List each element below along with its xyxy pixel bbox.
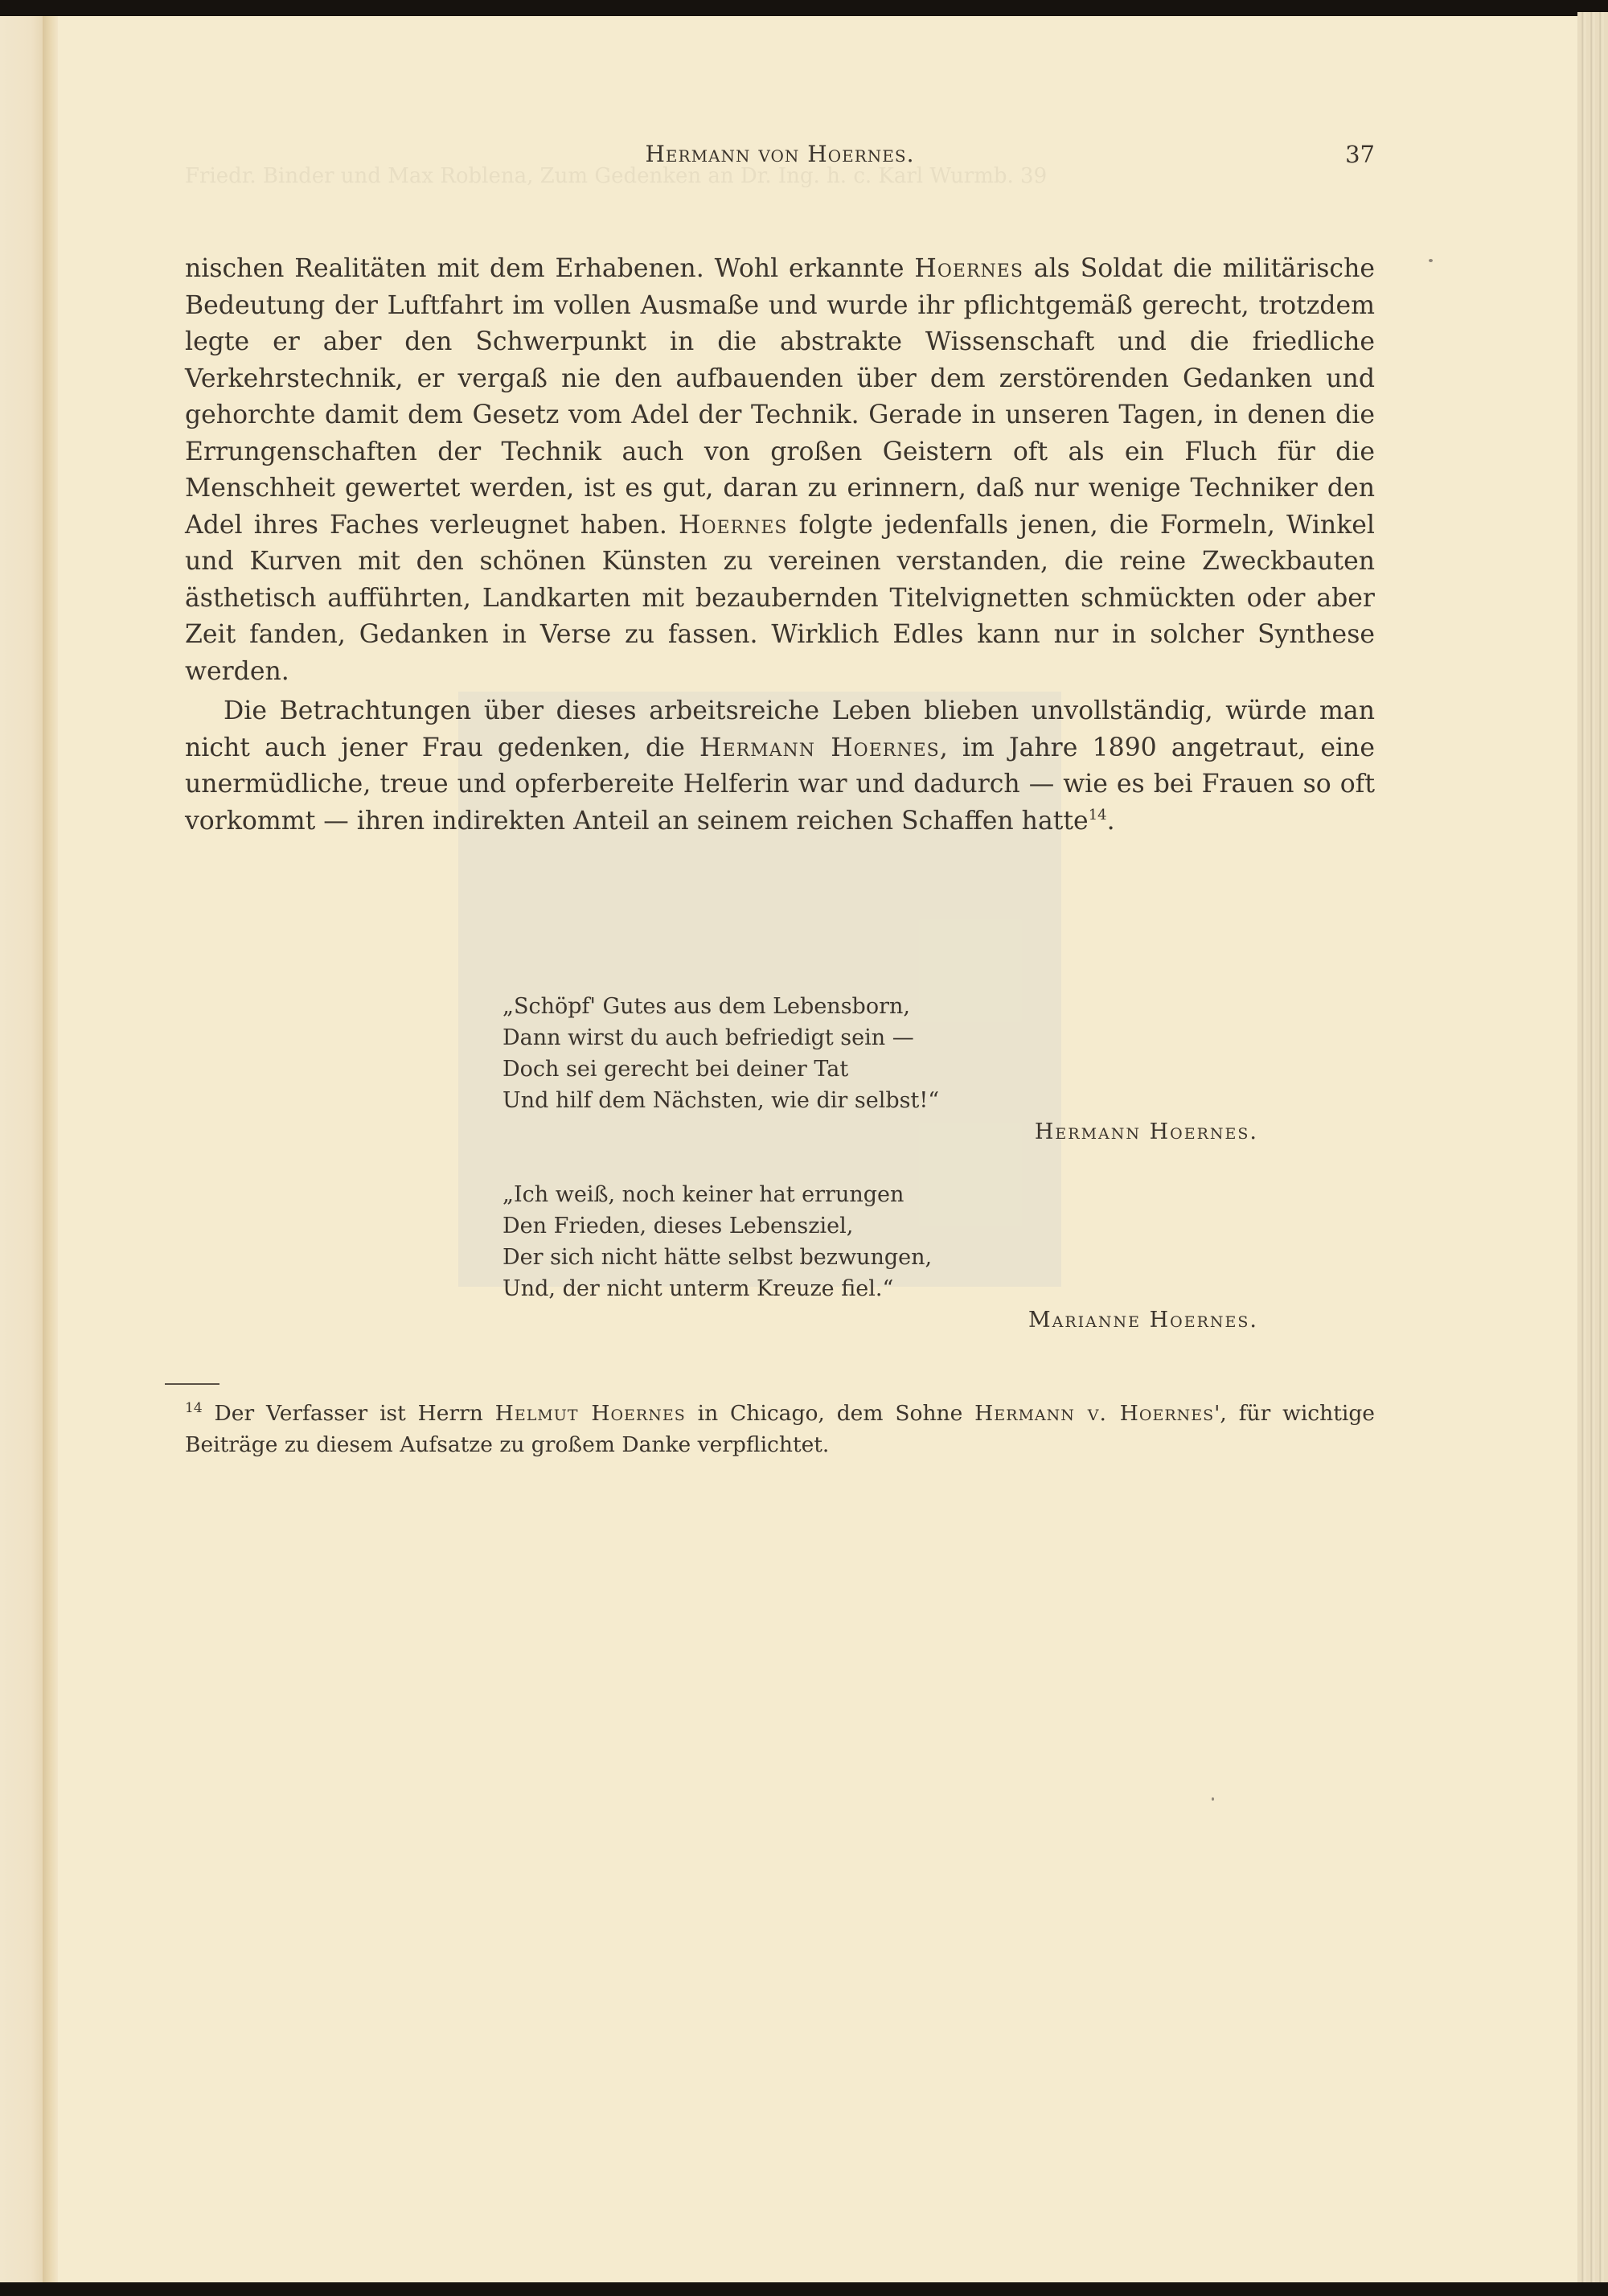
text-run: . xyxy=(1107,807,1115,836)
poem-line: Und, der nicht unterm Kreuze fiel.“ xyxy=(503,1273,1258,1304)
scan-bottom-border xyxy=(0,2282,1608,2296)
name-hoernes: Hoernes xyxy=(914,254,1023,283)
page-number: 37 xyxy=(1345,141,1375,168)
poem-line: „Ich weiß, noch keiner hat errungen xyxy=(503,1179,1258,1210)
paragraph-2: Die Betrachtungen über dieses arbeitsrei… xyxy=(185,693,1375,840)
book-gutter xyxy=(43,16,59,2282)
poem-marianne: „Ich weiß, noch keiner hat errungen Den … xyxy=(503,1179,1258,1336)
poem-hermann: „Schöpf' Gutes aus dem Lebensborn, Dann … xyxy=(503,991,1258,1148)
right-page-stack-edge xyxy=(1577,12,1608,2282)
name-helmut-hoernes: Helmut Hoernes xyxy=(495,1401,686,1426)
paper-speck xyxy=(1429,259,1433,262)
text-run: als Soldat die militärische Bedeutung de… xyxy=(185,254,1375,540)
poem-author: Marianne Hoernes. xyxy=(503,1304,1258,1336)
poem-line: Doch sei gerecht bei deiner Tat xyxy=(503,1054,1258,1085)
paragraph-1: nischen Realitäten mit dem Erhabenen. Wo… xyxy=(185,251,1375,690)
footnote-marker: 14 xyxy=(185,1400,203,1416)
body-text: nischen Realitäten mit dem Erhabenen. Wo… xyxy=(185,251,1375,840)
text-run: in Chicago, dem Sohne xyxy=(686,1401,974,1426)
name-hermann-hoernes: Hermann Hoernes xyxy=(699,733,940,762)
left-page-edge xyxy=(0,16,44,2284)
poem-line: Der sich nicht hätte selbst bezwungen, xyxy=(503,1242,1258,1273)
footnote: 14 Der Verfasser ist Herrn Helmut Hoerne… xyxy=(185,1398,1375,1460)
poem-line: Und hilf dem Nächsten, wie dir selbst!“ xyxy=(503,1085,1258,1116)
poem-line: „Schöpf' Gutes aus dem Lebensborn, xyxy=(503,991,1258,1022)
running-title: Hermann von Hoernes. xyxy=(185,141,1375,167)
scan-top-border xyxy=(0,0,1608,16)
poem-author: Hermann Hoernes. xyxy=(503,1116,1258,1148)
paper-speck xyxy=(1212,1797,1214,1801)
text-run: Der Verfasser ist Herrn xyxy=(203,1401,495,1426)
footnote-reference[interactable]: 14 xyxy=(1089,807,1107,824)
name-hoernes: Hoernes xyxy=(679,511,788,540)
footnote-divider xyxy=(165,1383,219,1385)
text-run: nischen Realitäten mit dem Erhabenen. Wo… xyxy=(185,254,914,283)
poem-line: Dann wirst du auch befriedigt sein — xyxy=(503,1022,1258,1054)
poem-line: Den Frieden, dieses Lebensziel, xyxy=(503,1210,1258,1242)
name-hermann-v-hoernes: Hermann v. Hoernes xyxy=(974,1401,1214,1426)
running-head: Hermann von Hoernes. 37 xyxy=(185,141,1375,173)
